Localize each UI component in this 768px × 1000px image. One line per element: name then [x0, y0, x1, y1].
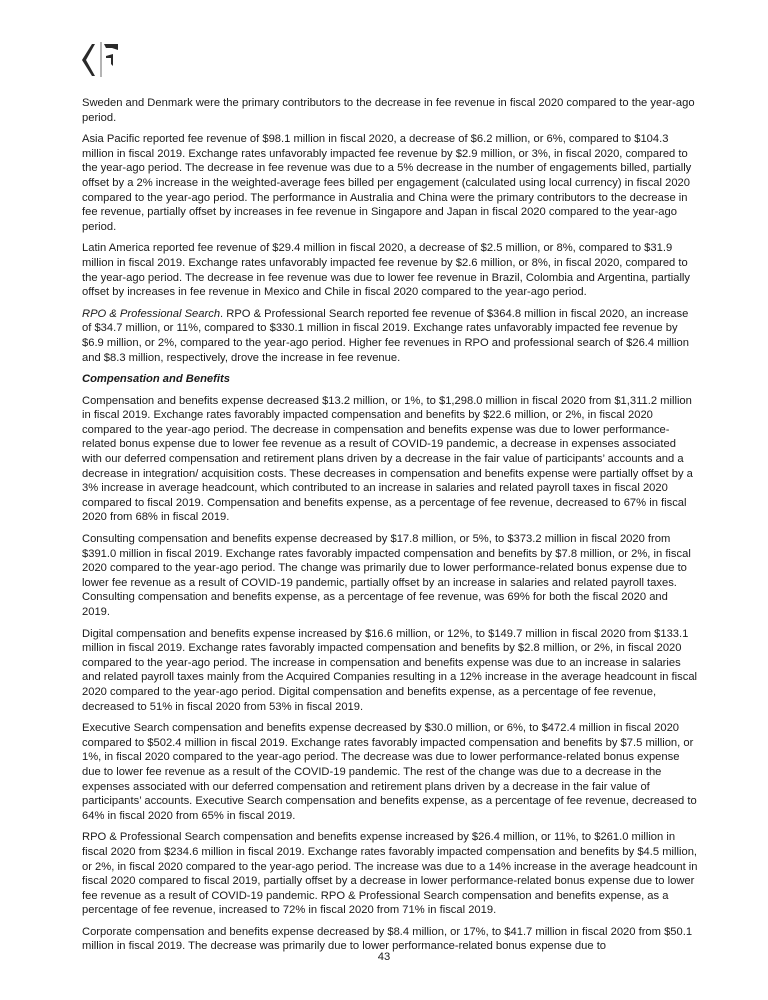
paragraph-consulting-compensation: Consulting compensation and benefits exp…: [82, 532, 698, 620]
paragraph-executive-search-compensation: Executive Search compensation and benefi…: [82, 721, 698, 823]
paragraph-asia-pacific: Asia Pacific reported fee revenue of $98…: [82, 132, 698, 234]
paragraph-rpo-compensation: RPO & Professional Search compensation a…: [82, 830, 698, 918]
paragraph-rpo-professional-search: RPO & Professional Search. RPO & Profess…: [82, 307, 698, 365]
paragraph-nordics-end: Sweden and Denmark were the primary cont…: [82, 96, 698, 125]
document-body: Sweden and Denmark were the primary cont…: [82, 96, 698, 961]
paragraph-latin-america: Latin America reported fee revenue of $2…: [82, 241, 698, 299]
section-heading-compensation: Compensation and Benefits: [82, 372, 698, 387]
paragraph-digital-compensation: Digital compensation and benefits expens…: [82, 627, 698, 715]
kf-logo-icon: [80, 40, 122, 78]
page-number: 43: [0, 951, 768, 963]
paragraph-corporate-compensation: Corporate compensation and benefits expe…: [82, 925, 698, 954]
paragraph-compensation-total: Compensation and benefits expense decrea…: [82, 394, 698, 525]
subheading-rpo: RPO & Professional Search: [82, 308, 220, 320]
